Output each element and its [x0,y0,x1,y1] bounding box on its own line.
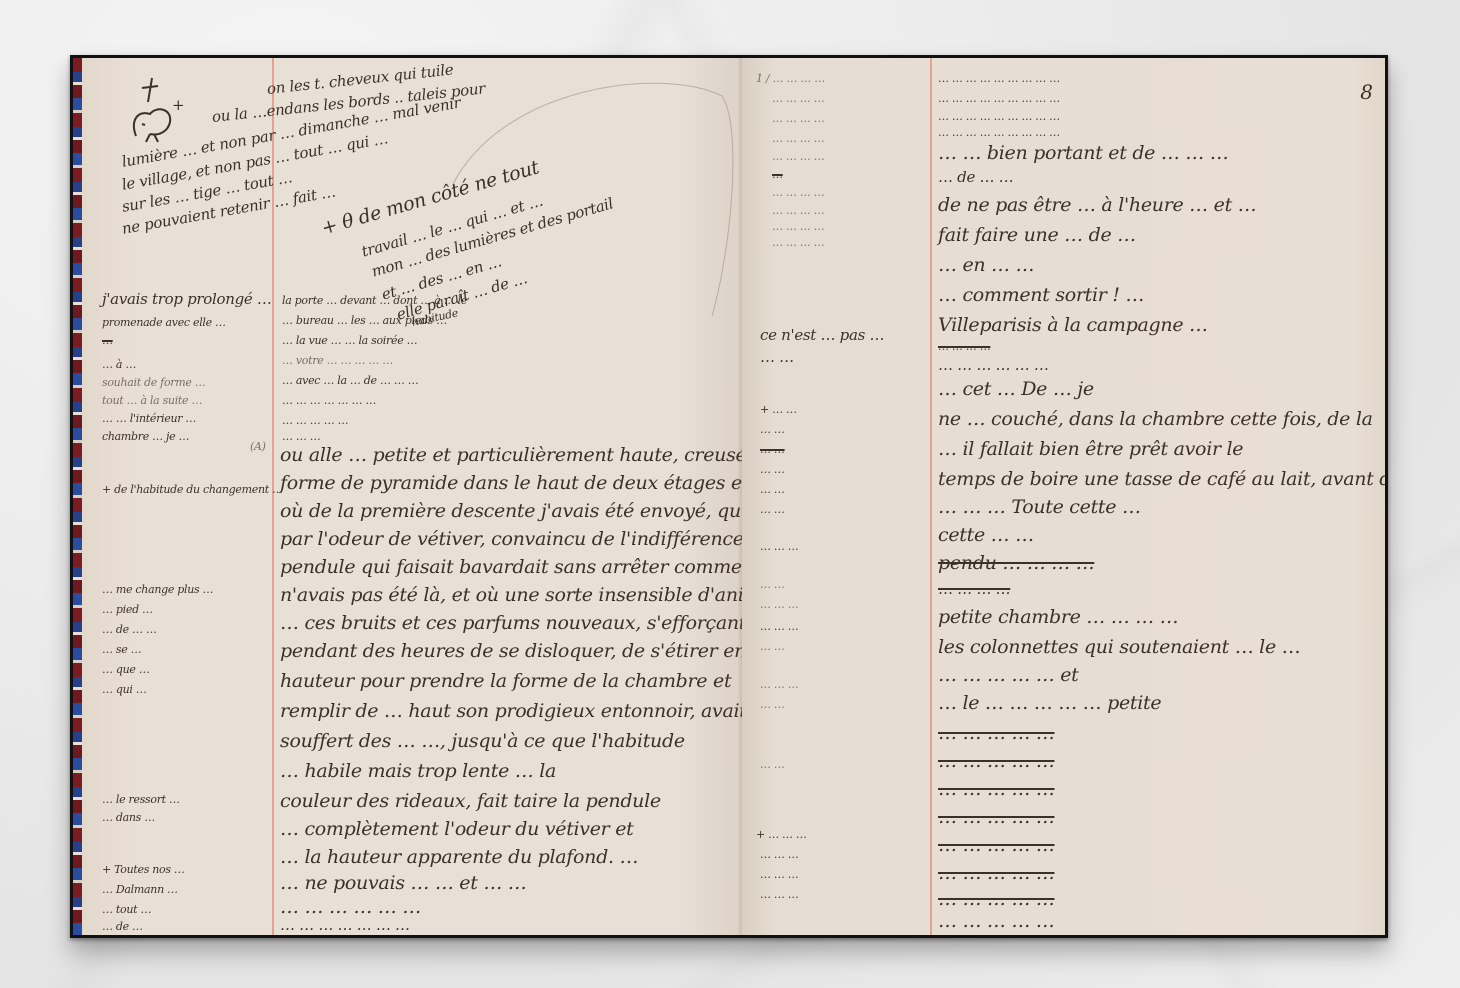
body-line: … … … … … … … [280,930,410,935]
body-line: remplir de … haut son prodigieux entonno… [280,700,747,722]
margin-note-line: … … … … [772,112,824,125]
margin-note-line: … … [760,698,785,711]
body-line: … la vue … … la soirée … [282,334,417,347]
body-line: … … … … … [938,888,1054,910]
body-line: … complètement l'odeur du vétiver et [280,818,634,840]
margin-note-line: 1 / … … … … [756,72,825,85]
margin-rule-line [930,58,932,935]
margin-note-line: … … [760,483,785,496]
marbled-binding-edge [73,58,82,935]
body-line: cette … … [938,524,1034,546]
manuscript-frame: + on les t. cheveux qui tuile ou la …end… [70,55,1388,938]
body-line: … … … … … … … [282,394,376,407]
body-line: … … … … [938,580,1010,598]
margin-note-line: … … … [760,620,799,633]
pencil-outline-sketch [442,66,742,326]
margin-note-line: + de l'habitude du changement … [102,483,283,496]
margin-note-line: … dans … [102,811,155,824]
margin-note-line: … … … [760,868,799,881]
margin-note-line: … … [760,578,785,591]
body-line: … … … … … [938,722,1054,744]
margin-note-line: + … … [760,403,797,416]
margin-note-line: promenade avec elle … [102,316,226,329]
margin-note-line: … … [760,640,785,653]
body-line: … ces bruits et ces parfums nouveaux, s'… [280,612,746,634]
body-line: par l'odeur de vétiver, convaincu de l'i… [280,528,795,550]
body-line: … … … … … et [938,664,1078,686]
body-line: … … … … … … … … … [938,110,1060,123]
margin-note-line: … … … … [772,220,824,233]
body-line: la porte … devant … dont … à … le [282,294,467,307]
right-page: 8 1 / … … … … … … … … … … … … … … … … … … [742,58,1385,935]
margin-note-line: … … … … [772,204,824,217]
body-line: … … … … … [938,926,1029,935]
margin-note-line: chambre … je … [102,430,189,443]
body-line: Villeparisis à la campagne … [938,314,1208,336]
margin-note-line: … … … [760,540,799,553]
body-line: … de … … [938,168,1013,186]
body-line: … la hauteur apparente du plafond. … [280,846,638,868]
body-line: les colonnettes qui soutenaient … le … [938,636,1300,658]
body-line: … avec … la … de … … … [282,374,418,387]
margin-note-line: … … [760,443,785,456]
margin-note-line: … se … [102,643,141,656]
body-line: pendant des heures de se disloquer, de s… [280,640,746,662]
body-line: … habile mais trop lente … la [280,760,556,782]
body-line: petite chambre … … … … [938,606,1178,628]
body-line: … votre … … … … … [282,354,393,367]
margin-note-line: + Toutes nos … [102,863,185,876]
notebook-spread: + on les t. cheveux qui tuile ou la …end… [73,58,1385,935]
left-page: + on les t. cheveux qui tuile ou la …end… [82,58,742,935]
body-line: … … … Toute cette … [938,496,1141,518]
body-line: … … … … [938,340,990,353]
body-line: ne … couché, dans la chambre cette fois,… [938,408,1373,430]
margin-note-line: … … [760,758,785,771]
margin-note-line: … à … [102,358,136,371]
margin-note-line: … … … [760,598,799,611]
body-line: ou alle … petite et particulièrement hau… [280,444,786,466]
margin-note-line: … … [760,348,794,366]
margin-note-line: … … … … [772,150,824,163]
margin-note-line: … … [760,423,785,436]
margin-note-line: … … [760,503,785,516]
margin-note-line: … que … [102,663,150,676]
body-line: … … bien portant et de … … … [938,142,1228,164]
body-line: … bureau … les … aux pieds … [282,314,447,327]
body-line: souffert des … …, jusqu'à ce que l'habit… [280,730,685,752]
margin-note-line: … [772,168,783,181]
body-line: … ne pouvais … … et … … [280,872,526,894]
body-line: pendule qui faisait bavardait sans arrêt… [280,556,785,578]
margin-note-line: … Dalmann … [102,883,178,896]
margin-note-line: … me change plus … [102,583,213,596]
margin-note-line: + … … … [756,828,807,841]
margin-note-line: … … … … [772,132,824,145]
body-line: … … … … … [938,806,1054,828]
margin-note-line: … … … … [772,236,824,249]
body-line: … … … … … … [280,896,421,918]
body-line: de ne pas être … à l'heure … et … [938,194,1256,216]
body-line: fait faire une … de … [938,224,1136,246]
body-line: temps de boire une tasse de café au lait… [938,468,1385,490]
body-line: … … … [282,430,321,443]
body-line: … … … … … … … … … [938,72,1060,85]
margin-note-line: … le ressort … [102,793,180,806]
body-line: … le … … … … … petite [938,692,1161,714]
top-note-line: + [172,96,184,114]
body-line: … cet … De … je [938,378,1094,400]
body-line: … en … … [938,254,1034,276]
margin-note-line: … [102,334,113,347]
margin-note-line: … de … [102,920,143,933]
margin-note-line: … … … [760,848,799,861]
margin-marker: (A) [250,440,266,453]
margin-note-line: … … … … [772,186,824,199]
margin-note-line: souhait de forme … [102,376,205,389]
margin-note-line: … qui … [102,683,147,696]
margin-note-line: … pied … [102,603,153,616]
body-line: hauteur pour prendre la forme de la cham… [280,670,731,692]
margin-note-line: … tout … [102,903,151,916]
margin-note-line: … de … … [102,623,157,636]
margin-note-line: … … … [760,888,799,901]
margin-note-line: … … l'intérieur … [102,412,196,425]
margin-note-line: tout … à la suite … [102,394,202,407]
body-line: … … … … … … … … … [938,126,1060,139]
body-line: … … … … … [938,750,1054,772]
body-line: … … … … … … [938,356,1049,374]
body-line: pendu … … … … [938,552,1094,574]
margin-note-line: … … … … [772,92,824,105]
margin-note-line: j'avais trop prolongé … [102,290,272,308]
margin-note-line: … … … [760,678,799,691]
body-line: … … … … … [938,834,1054,856]
body-line: forme de pyramide dans le haut de deux é… [280,472,807,494]
body-line: couleur des rideaux, fait taire la pendu… [280,790,661,812]
margin-note-line: … … [760,463,785,476]
margin-note-line: ce n'est … pas … [760,326,884,344]
body-line: … il fallait bien être prêt avoir le [938,438,1243,460]
body-line: n'avais pas été là, et où une sorte inse… [280,584,806,606]
body-line: … … … … … … … … … [938,92,1060,105]
body-line: … … … … … [282,414,348,427]
body-line: … … … … … [938,862,1054,884]
body-line: … comment sortir ! … [938,284,1144,306]
page-number: 8 [1360,80,1373,104]
body-line: … … … … … [938,778,1054,800]
